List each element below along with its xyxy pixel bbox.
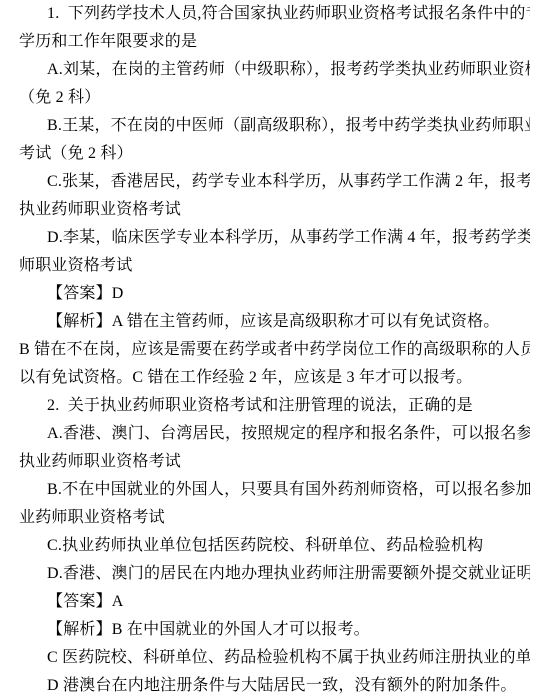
text-line: 以有免试资格。C 错在工作经验 2 年，应该是 3 年才可以报考。: [19, 364, 530, 392]
text-line: C.执业药师执业单位包括医药院校、科研单位、药品检验机构: [19, 532, 530, 560]
document-page: 1. 下列药学技术人员,符合国家执业药师职业资格考试报名条件中的专业、学历和工作…: [0, 0, 544, 700]
text-line: 学历和工作年限要求的是: [19, 28, 530, 56]
text-line: D.李某，临床医学专业本科学历，从事药学工作满 4 年，报考药学类执业药: [19, 224, 530, 252]
text-line: 执业药师职业资格考试: [19, 448, 530, 476]
text-line: 考试（免 2 科）: [19, 140, 530, 168]
text-line: （免 2 科）: [19, 84, 530, 112]
text-line: C.张某，香港居民，药学专业本科学历，从事药学工作满 2 年，报考药学类: [19, 168, 530, 196]
text-line: 业药师职业资格考试: [19, 504, 530, 532]
text-line: 执业药师职业资格考试: [19, 196, 530, 224]
text-line: 【答案】A: [19, 588, 530, 616]
text-line: 师职业资格考试: [19, 252, 530, 280]
text-line: A.香港、澳门、台湾居民，按照规定的程序和报名条件，可以报名参加国家: [19, 420, 530, 448]
text-line: C 医药院校、科研单位、药品检验机构不属于执业药师注册执业的单位。: [19, 644, 530, 672]
text-line: 1. 下列药学技术人员,符合国家执业药师职业资格考试报名条件中的专业、: [19, 0, 530, 28]
text-line: B.王某，不在岗的中医师（副高级职称），报考中药学类执业药师职业资格: [19, 112, 530, 140]
text-line: 【解析】A 错在主管药师，应该是高级职称才可以有免试资格。: [19, 308, 530, 336]
text-line: D 港澳台在内地注册条件与大陆居民一致，没有额外的附加条件。: [19, 672, 530, 700]
text-line: B.不在中国就业的外国人，只要具有国外药剂师资格，可以报名参加国家执: [19, 476, 530, 504]
text-line: A.刘某，在岗的主管药师（中级职称），报考药学类执业药师职业资格考试: [19, 56, 530, 84]
text-line: 【解析】B 在中国就业的外国人才可以报考。: [19, 616, 530, 644]
text-line: 2. 关于执业药师职业资格考试和注册管理的说法，正确的是: [19, 392, 530, 420]
text-line: B 错在不在岗，应该是需要在药学或者中药学岗位工作的高级职称的人员，才可: [19, 336, 530, 364]
text-line: 【答案】D: [19, 280, 530, 308]
text-line: D.香港、澳门的居民在内地办理执业药师注册需要额外提交就业证明: [19, 560, 530, 588]
